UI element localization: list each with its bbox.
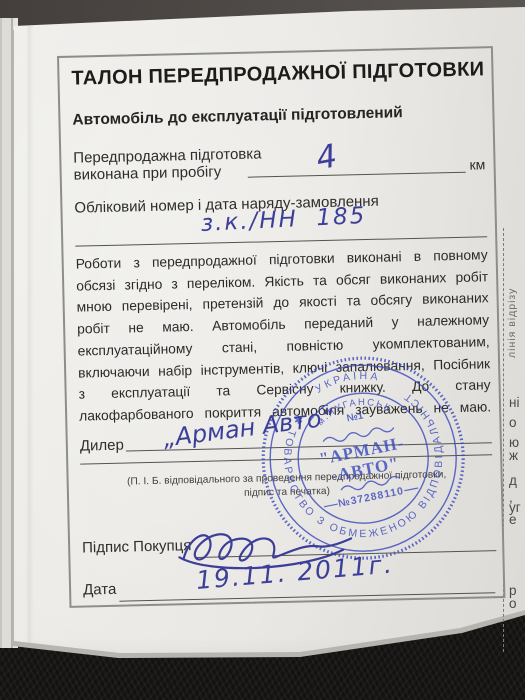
next-page-text-fragment: ні — [509, 395, 519, 410]
coupon-border-frame: ТАЛОН ПЕРЕДПРОДАЖНОЇ ПІДГОТОВКИ Автомобі… — [57, 46, 505, 608]
next-page-text-fragment: д — [509, 473, 517, 488]
next-page-text-fragment: ж — [509, 448, 518, 463]
date-label: Дата — [83, 581, 117, 599]
next-page-text-fragment: е — [509, 512, 517, 527]
date-fill-line — [107, 48, 495, 601]
photo-of-service-book-page: { "page": { "title": "ТАЛОН ПЕРЕДПРОДАЖН… — [0, 0, 525, 700]
next-page-text-fragment: о — [509, 415, 517, 430]
next-page-text-fragment: о — [509, 596, 517, 611]
cut-line-label: лінія відрізу — [506, 238, 518, 358]
